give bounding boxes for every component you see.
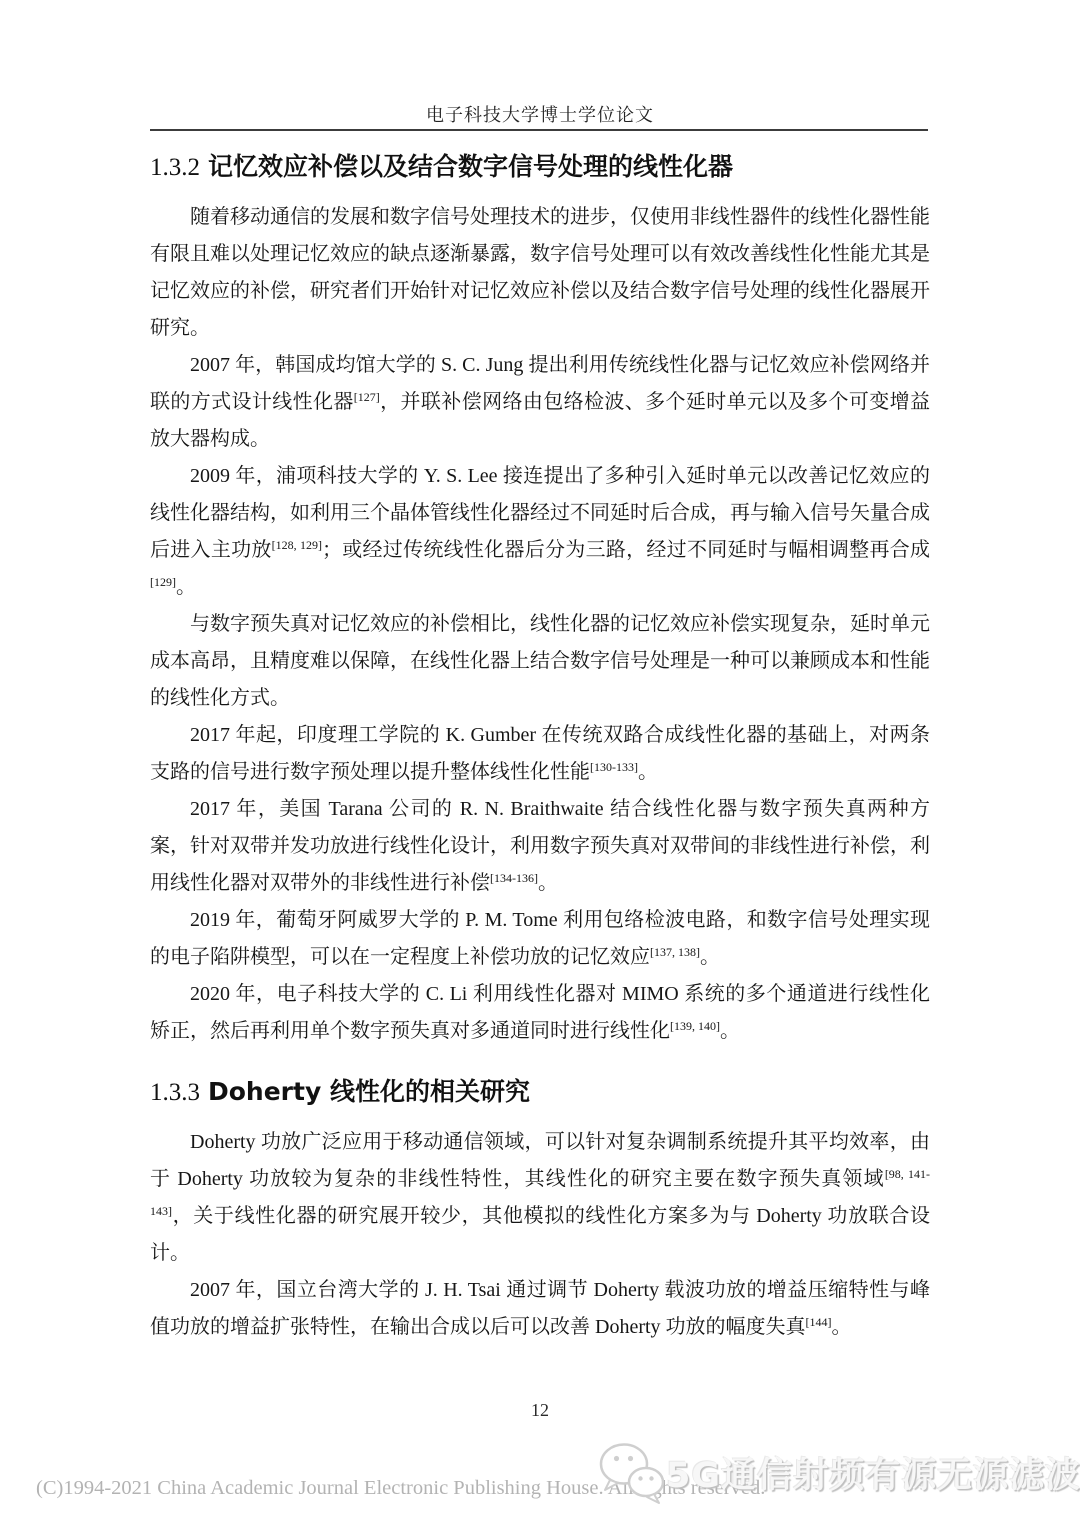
- section-heading: 1.3.2记忆效应补偿以及结合数字信号处理的线性化器: [150, 151, 930, 184]
- document-page: 电子科技大学博士学位论文 1.3.2记忆效应补偿以及结合数字信号处理的线性化器随…: [0, 0, 1080, 1527]
- citation-reference: [139, 140]: [670, 1019, 720, 1033]
- paragraph: 2007 年，韩国成均馆大学的 S. C. Jung 提出利用传统线性化器与记忆…: [150, 347, 930, 458]
- wechat-icon: [596, 1437, 666, 1509]
- citation-reference: [127]: [354, 390, 380, 404]
- paragraph: 与数字预失真对记忆效应的补偿相比，线性化器的记忆效应补偿实现复杂，延时单元成本高…: [150, 606, 930, 717]
- citation-reference: [128, 129]: [272, 538, 322, 552]
- citation-reference: [129]: [150, 575, 176, 589]
- section-title: Doherty 线性化的相关研究: [208, 1077, 530, 1106]
- citation-reference: [134-136]: [490, 871, 538, 885]
- watermark-text: 5G通信射频有源无源滤波器天线: [666, 1448, 1080, 1498]
- header-title: 电子科技大学博士学位论文: [0, 101, 1080, 127]
- paragraph: Doherty 功放广泛应用于移动通信领域，可以针对复杂调制系统提升其平均效率，…: [150, 1124, 930, 1272]
- section-heading: 1.3.3Doherty 线性化的相关研究: [150, 1076, 930, 1109]
- watermark: 5G通信射频有源无源滤波器天线: [596, 1437, 1080, 1509]
- paragraph: 2009 年，浦项科技大学的 Y. S. Lee 接连提出了多种引入延时单元以改…: [150, 458, 930, 606]
- paragraph: 2007 年，国立台湾大学的 J. H. Tsai 通过调节 Doherty 载…: [150, 1272, 930, 1346]
- section-title: 记忆效应补偿以及结合数字信号处理的线性化器: [208, 152, 733, 181]
- paragraph: 2019 年，葡萄牙阿威罗大学的 P. M. Tome 利用包络检波电路，和数字…: [150, 902, 930, 976]
- citation-reference: [137, 138]: [650, 945, 700, 959]
- paragraph: 2017 年，美国 Tarana 公司的 R. N. Braithwaite 结…: [150, 791, 930, 902]
- paragraph: 随着移动通信的发展和数字信号处理技术的进步，仅使用非线性器件的线性化器性能有限且…: [150, 199, 930, 347]
- header-rule: [150, 129, 928, 131]
- section-number: 1.3.3: [150, 1079, 200, 1106]
- page-number: 12: [0, 1400, 1080, 1421]
- paragraph: 2017 年起，印度理工学院的 K. Gumber 在传统双路合成线性化器的基础…: [150, 717, 930, 791]
- citation-reference: [144]: [806, 1315, 832, 1329]
- citation-reference: [98, 141-143]: [150, 1167, 930, 1218]
- document-body: 1.3.2记忆效应补偿以及结合数字信号处理的线性化器随着移动通信的发展和数字信号…: [150, 151, 930, 1346]
- citation-reference: [130-133]: [590, 760, 638, 774]
- paragraph: 2020 年，电子科技大学的 C. Li 利用线性化器对 MIMO 系统的多个通…: [150, 976, 930, 1050]
- section-number: 1.3.2: [150, 154, 200, 181]
